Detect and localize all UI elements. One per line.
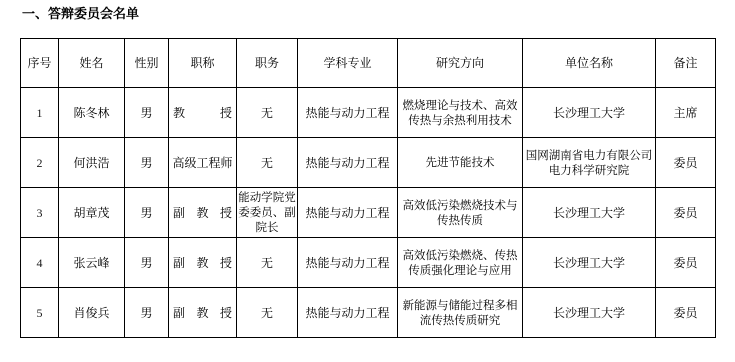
header-position: 职务 (237, 39, 298, 88)
cell-title: 教 授 (169, 88, 237, 138)
cell-position: 能动学院党委委员、副院长 (237, 188, 298, 238)
committee-table: 序号 姓名 性别 职称 职务 学科专业 研究方向 单位名称 备注 1 陈冬林 男… (20, 38, 716, 338)
header-affiliation: 单位名称 (523, 39, 656, 88)
cell-discipline: 热能与动力工程 (298, 138, 398, 188)
cell-gender: 男 (125, 238, 169, 288)
cell-seq: 5 (21, 288, 59, 338)
cell-discipline: 热能与动力工程 (298, 88, 398, 138)
cell-research: 高效低污染燃烧、传热传质强化理论与应用 (398, 238, 523, 288)
cell-title: 副 教 授 (169, 188, 237, 238)
cell-remark: 委员 (656, 138, 716, 188)
cell-affiliation: 长沙理工大学 (523, 288, 656, 338)
cell-affiliation: 长沙理工大学 (523, 88, 656, 138)
cell-title: 副 教 授 (169, 288, 237, 338)
cell-gender: 男 (125, 288, 169, 338)
table-row: 1 陈冬林 男 教 授 无 热能与动力工程 燃烧理论与技术、高效传热与余热利用技… (21, 88, 716, 138)
cell-position: 无 (237, 88, 298, 138)
cell-remark: 委员 (656, 238, 716, 288)
cell-position: 无 (237, 138, 298, 188)
cell-remark: 主席 (656, 88, 716, 138)
cell-affiliation: 长沙理工大学 (523, 238, 656, 288)
cell-position: 无 (237, 288, 298, 338)
cell-seq: 3 (21, 188, 59, 238)
cell-name: 胡章茂 (59, 188, 125, 238)
cell-affiliation: 长沙理工大学 (523, 188, 656, 238)
cell-name: 陈冬林 (59, 88, 125, 138)
cell-discipline: 热能与动力工程 (298, 238, 398, 288)
cell-remark: 委员 (656, 188, 716, 238)
cell-seq: 2 (21, 138, 59, 188)
cell-research: 新能源与储能过程多相流传热传质研究 (398, 288, 523, 338)
cell-position: 无 (237, 238, 298, 288)
table-row: 4 张云峰 男 副 教 授 无 热能与动力工程 高效低污染燃烧、传热传质强化理论… (21, 238, 716, 288)
cell-gender: 男 (125, 88, 169, 138)
table-header-row: 序号 姓名 性别 职称 职务 学科专业 研究方向 单位名称 备注 (21, 39, 716, 88)
section-title: 一、答辩委员会名单 (22, 6, 139, 24)
header-discipline: 学科专业 (298, 39, 398, 88)
cell-gender: 男 (125, 138, 169, 188)
cell-title: 副 教 授 (169, 238, 237, 288)
cell-research: 高效低污染燃烧技术与传热传质 (398, 188, 523, 238)
table-row: 2 何洪浩 男 高级工程师 无 热能与动力工程 先进节能技术 国网湖南省电力有限… (21, 138, 716, 188)
table-row: 3 胡章茂 男 副 教 授 能动学院党委委员、副院长 热能与动力工程 高效低污染… (21, 188, 716, 238)
cell-discipline: 热能与动力工程 (298, 188, 398, 238)
cell-name: 何洪浩 (59, 138, 125, 188)
cell-seq: 4 (21, 238, 59, 288)
cell-gender: 男 (125, 188, 169, 238)
cell-name: 张云峰 (59, 238, 125, 288)
cell-title: 高级工程师 (169, 138, 237, 188)
header-seq: 序号 (21, 39, 59, 88)
cell-discipline: 热能与动力工程 (298, 288, 398, 338)
header-name: 姓名 (59, 39, 125, 88)
cell-name: 肖俊兵 (59, 288, 125, 338)
header-title: 职称 (169, 39, 237, 88)
cell-remark: 委员 (656, 288, 716, 338)
cell-research: 燃烧理论与技术、高效传热与余热利用技术 (398, 88, 523, 138)
header-gender: 性别 (125, 39, 169, 88)
table-row: 5 肖俊兵 男 副 教 授 无 热能与动力工程 新能源与储能过程多相流传热传质研… (21, 288, 716, 338)
cell-research: 先进节能技术 (398, 138, 523, 188)
header-remark: 备注 (656, 39, 716, 88)
cell-affiliation: 国网湖南省电力有限公司电力科学研究院 (523, 138, 656, 188)
header-research: 研究方向 (398, 39, 523, 88)
cell-seq: 1 (21, 88, 59, 138)
